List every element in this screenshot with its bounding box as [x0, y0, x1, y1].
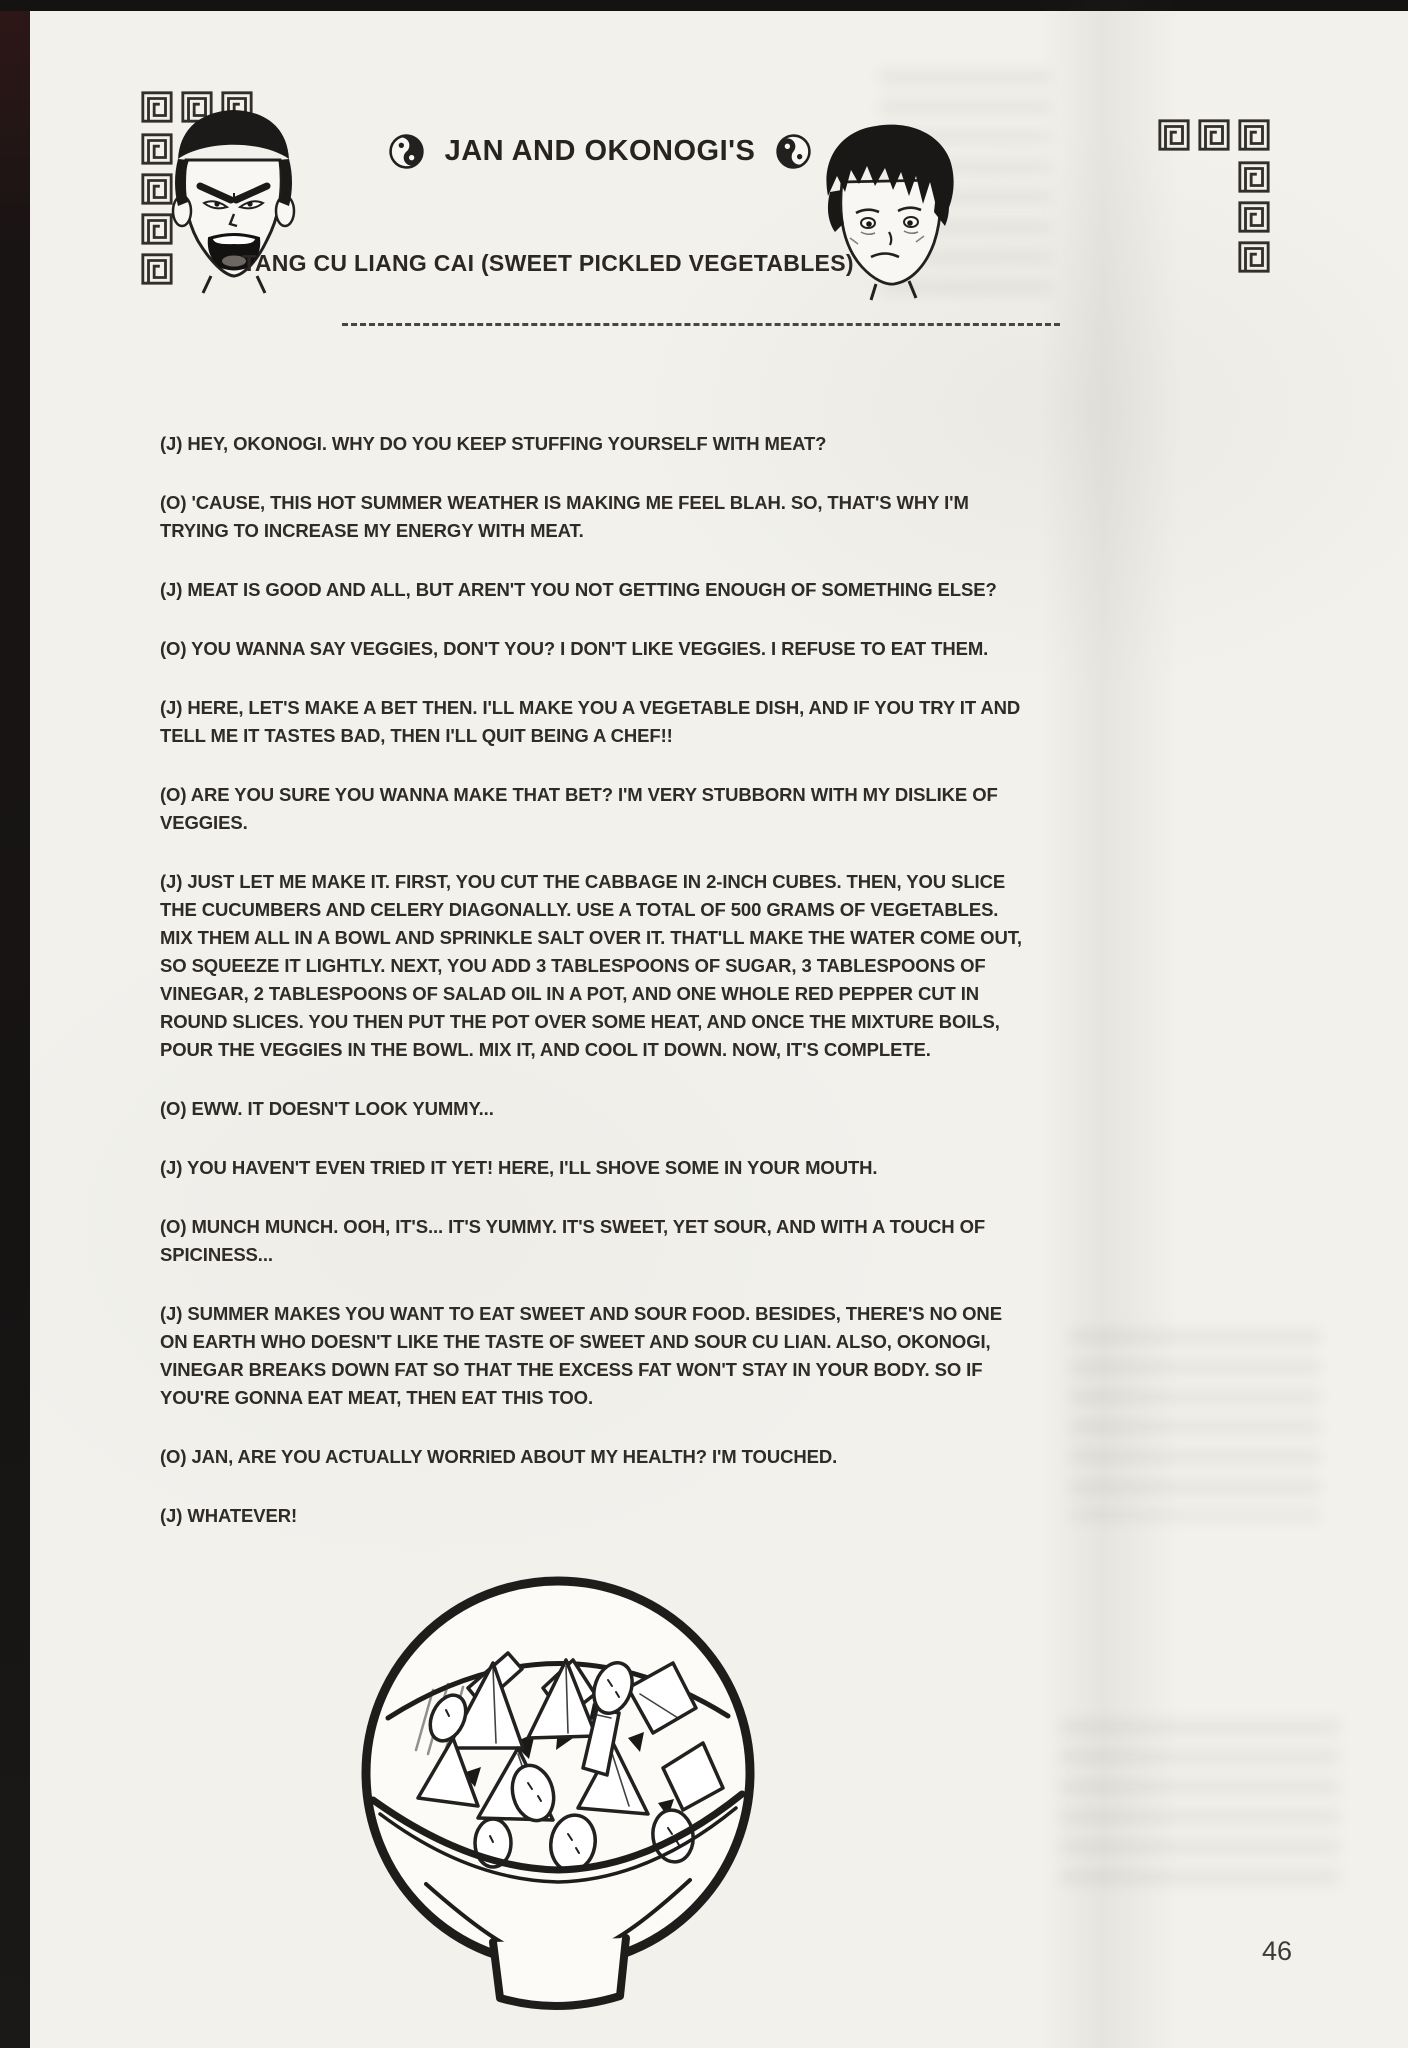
meander-icon [1237, 200, 1271, 234]
meander-icon [1237, 118, 1271, 152]
dashed-divider [342, 323, 1060, 326]
dialogue-line-j: (J) SUMMER MAKES YOU WANT TO EAT SWEET A… [160, 1300, 1028, 1412]
yin-yang-icon [767, 125, 819, 177]
greek-key-ornament-top-right-column [1237, 160, 1271, 274]
greek-key-ornament-top-right-row [1157, 118, 1271, 152]
book-edge-top [0, 0, 1408, 11]
dialogue-line-j: (J) HEY, OKONOGI. WHY DO YOU KEEP STUFFI… [160, 430, 1028, 458]
yin-yang-icon [380, 125, 432, 177]
meander-icon [1157, 118, 1191, 152]
page-number: 46 [1262, 1936, 1292, 1967]
dialogue-line-j: (J) YOU HAVEN'T EVEN TRIED IT YET! HERE,… [160, 1154, 1028, 1182]
dialogue-line-j: (J) MEAT IS GOOD AND ALL, BUT AREN'T YOU… [160, 576, 1028, 604]
meander-icon [1237, 240, 1271, 274]
dialogue-line-o: (O) 'CAUSE, THIS HOT SUMMER WEATHER IS M… [160, 489, 1028, 545]
bleed-through-ghost [1070, 1330, 1320, 1520]
bleed-through-ghost [1060, 1720, 1340, 1900]
dialogue-line-o: (O) ARE YOU SURE YOU WANNA MAKE THAT BET… [160, 781, 1028, 837]
pickled-vegetables-bowl-illustration [328, 1568, 788, 2028]
recipe-banner: JAN AND OKONOGI'S [388, 128, 812, 174]
book-edge-left [0, 0, 30, 2048]
dialogue-line-o: (O) MUNCH MUNCH. OOH, IT'S... IT'S YUMMY… [160, 1213, 1028, 1269]
page-title: JAN AND OKONOGI'S [445, 135, 756, 168]
dialogue-line-o: (O) EWW. IT DOESN'T LOOK YUMMY... [160, 1095, 1028, 1123]
meander-icon [1197, 118, 1231, 152]
dialogue-line-j: (J) HERE, LET'S MAKE A BET THEN. I'LL MA… [160, 694, 1028, 750]
dialogue-line-j-recipe: (J) JUST LET ME MAKE IT. FIRST, YOU CUT … [160, 868, 1028, 1064]
meander-icon [1237, 160, 1271, 194]
dialogue-line-j: (J) WHATEVER! [160, 1502, 1028, 1530]
dialogue-column: (J) HEY, OKONOGI. WHY DO YOU KEEP STUFFI… [160, 430, 1028, 1561]
manga-recipe-page: JAN AND OKONOGI'S TANG CU LIANG CAI (SWE… [0, 0, 1408, 2048]
recipe-subtitle: TANG CU LIANG CAI (SWEET PICKLED VEGETAB… [218, 250, 878, 277]
dialogue-line-o: (O) YOU WANNA SAY VEGGIES, DON'T YOU? I … [160, 635, 1028, 663]
dialogue-line-o: (O) JAN, ARE YOU ACTUALLY WORRIED ABOUT … [160, 1443, 1028, 1471]
